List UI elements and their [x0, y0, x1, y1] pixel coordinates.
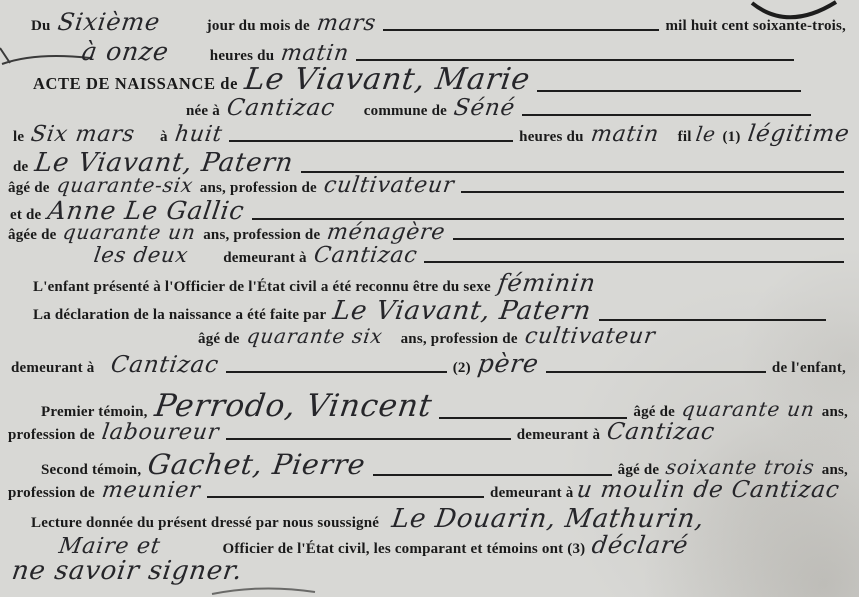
handwritten-text: huit — [169, 122, 228, 147]
handwritten-text: Le Viavant, Marie — [239, 62, 537, 97]
handwritten-text: Le Douarin, Mathurin, — [386, 504, 711, 534]
handwritten-text: laboureur — [96, 420, 225, 445]
document-line: ne savoir signer. — [8, 556, 459, 586]
handwritten-text: Le Viavant, Patern — [327, 296, 597, 326]
document-line: DuSixièmejour du mois demarsmil huit cen… — [28, 8, 849, 36]
margin-tick — [0, 48, 10, 63]
fill-line — [461, 191, 844, 193]
handwritten-text: père — [472, 349, 545, 378]
handwritten-text: Séné — [448, 95, 521, 121]
document-line: Maire etOfficier de l'État civil, les co… — [55, 531, 851, 559]
fill-line — [522, 114, 811, 116]
printed-text: L'enfant présenté à l'Officier de l'État… — [30, 279, 494, 296]
handwritten-text: Cantizac — [106, 352, 225, 378]
handwritten-text: Cantizac — [601, 419, 720, 445]
printed-text: fil — [675, 129, 692, 146]
printed-text: à — [157, 129, 171, 146]
handwritten-text: u moulin de Cantizac — [572, 477, 846, 503]
printed-text: âgé de — [5, 180, 53, 197]
fill-line — [599, 319, 826, 321]
fill-line — [453, 238, 844, 240]
handwritten-text: quarante-six — [51, 173, 199, 197]
handwritten-text: cultivateur — [318, 173, 460, 198]
printed-text: Lecture donnée du présent dressé par nou… — [28, 515, 382, 532]
handwritten-text: cultivateur — [519, 324, 661, 349]
handwritten-text: soixante trois — [661, 455, 821, 479]
handwritten-text: meunier — [96, 478, 206, 503]
document-line: profession demeunierdemeurant àu moulin … — [5, 477, 844, 503]
printed-text: de l'enfant, — [769, 360, 849, 377]
printed-text: Du — [28, 18, 54, 35]
fill-line — [207, 496, 484, 498]
printed-text: âgée de — [5, 227, 59, 244]
document-line: La déclaration de la naissance a été fai… — [30, 296, 829, 326]
printed-text: née à — [183, 103, 223, 120]
handwritten-text: légitime — [742, 121, 855, 147]
handwritten-text: déclaré — [586, 531, 694, 559]
printed-text: ACTE DE NAISSANCE de — [30, 74, 241, 94]
printed-text: (2) — [450, 360, 474, 377]
handwritten-text: les deux — [88, 243, 194, 267]
printed-text: ans, — [819, 404, 851, 421]
fill-line — [537, 90, 801, 92]
document-line: âgée dequarante unans, profession deména… — [5, 220, 847, 245]
bottom-flourish — [212, 588, 315, 594]
document-line: Lecture donnée du présent dressé par nou… — [28, 504, 851, 534]
printed-text: demeurant à — [220, 250, 309, 267]
printed-text: (1) — [719, 129, 743, 146]
birth-record-scan: DuSixièmejour du mois demarsmil huit cen… — [0, 0, 859, 597]
fill-line — [226, 438, 511, 440]
document-line: ACTE DE NAISSANCE deLe Viavant, Marie — [30, 62, 804, 97]
fill-line — [424, 261, 844, 263]
document-line: âgé dequarante-sixans, profession decult… — [5, 173, 847, 198]
document-line: demeurant àCantizac(2)pèrede l'enfant, — [8, 349, 849, 378]
handwritten-text: Sixième — [52, 8, 166, 36]
fill-line — [373, 474, 612, 476]
printed-text: profession de — [5, 427, 98, 444]
handwritten-text: Cantizac — [221, 95, 340, 121]
fill-line — [383, 29, 660, 31]
handwritten-text: le — [690, 122, 721, 146]
printed-text: demeurant à — [487, 485, 573, 502]
handwritten-text: ménagère — [322, 220, 452, 245]
printed-text: ans, profession de — [200, 227, 323, 244]
fill-line — [546, 371, 766, 373]
handwritten-text: Six mars — [25, 122, 140, 147]
printed-text: mil huit cent soixante-trois, — [662, 18, 849, 35]
printed-text: heures du — [516, 129, 586, 146]
document-line: les deuxdemeurant àCantizac — [90, 243, 847, 268]
handwritten-text: matin — [585, 122, 665, 147]
handwritten-text: quarante un — [676, 397, 820, 421]
printed-text: ans, profession de — [197, 180, 320, 197]
printed-text: âgé de — [195, 331, 243, 348]
printed-text: ans, profession de — [398, 331, 521, 348]
printed-text: demeurant à — [514, 427, 603, 444]
fill-line — [229, 140, 513, 142]
handwritten-text: féminin — [492, 269, 602, 297]
fill-line — [226, 371, 446, 373]
handwritten-text: quarante un — [58, 220, 202, 244]
document-line: âgé dequarante sixans, profession decult… — [195, 324, 659, 349]
document-line: née àCantizaccommune deSéné — [183, 95, 814, 121]
handwritten-text: ne savoir signer. — [6, 556, 249, 586]
printed-text: commune de — [361, 103, 450, 120]
handwritten-text: mars — [311, 11, 381, 36]
document-line: leSix marsàhuitheures dumatinfille(1)lég… — [10, 121, 853, 147]
fill-line — [356, 59, 794, 61]
printed-text: jour du mois de — [204, 18, 313, 35]
handwritten-text: Cantizac — [308, 243, 423, 268]
printed-text: La déclaration de la naissance a été fai… — [30, 307, 329, 324]
printed-text: profession de — [5, 485, 98, 502]
handwritten-text: quarante six — [241, 324, 388, 348]
document-line: profession delaboureurdemeurant àCantiza… — [5, 419, 719, 445]
document-line: L'enfant présenté à l'Officier de l'État… — [30, 269, 851, 297]
printed-text: demeurant à — [8, 360, 97, 377]
